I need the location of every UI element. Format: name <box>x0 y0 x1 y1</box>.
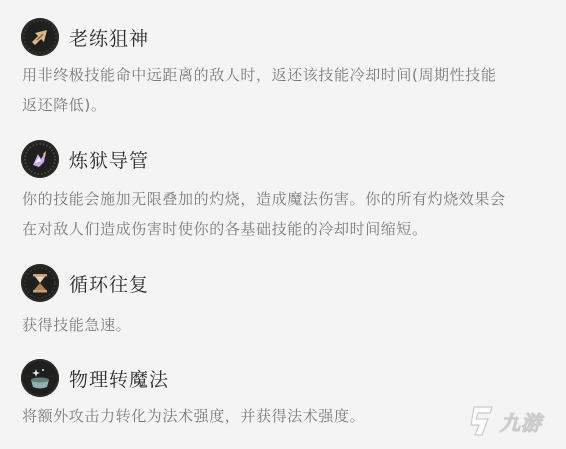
rune-header-3: 循环往复 <box>21 263 149 303</box>
arrow-sniper-icon <box>21 18 59 56</box>
rune-header-2: 炼狱导管 <box>21 139 149 179</box>
desc-line: 获得技能急速。 <box>22 310 552 340</box>
hellfire-conduit-icon <box>21 140 59 178</box>
watermark: 九游 <box>466 399 558 443</box>
rune-title: 物理转魔法 <box>69 365 169 392</box>
desc-line: 在对敌人们造成伤害时使你的各基础技能的冷却时间缩短。 <box>22 214 552 244</box>
rune-description: 获得技能急速。 <box>22 310 552 340</box>
9game-logo-icon <box>466 404 496 438</box>
desc-line: 用非终极技能命中远距离的敌人时，返还该技能冷却时间(周期性技能 <box>22 60 552 90</box>
hourglass-icon <box>21 264 59 302</box>
rune-title: 炼狱导管 <box>69 146 149 173</box>
desc-line: 返还降低)。 <box>22 90 552 120</box>
rune-title: 循环往复 <box>69 270 149 297</box>
watermark-text: 九游 <box>500 407 542 436</box>
rune-header-4: 物理转魔法 <box>21 358 169 398</box>
rune-header-1: 老练狙神 <box>21 17 149 57</box>
rune-title: 老练狙神 <box>69 24 149 51</box>
desc-line: 你的技能会施加无限叠加的灼烧，造成魔法伤害。你的所有灼烧效果会 <box>22 184 552 214</box>
rune-description: 用非终极技能命中远距离的敌人时，返还该技能冷却时间(周期性技能 返还降低)。 <box>22 60 552 120</box>
rune-description: 你的技能会施加无限叠加的灼烧，造成魔法伤害。你的所有灼烧效果会 在对敌人们造成伤… <box>22 184 552 244</box>
magic-pot-icon <box>21 359 59 397</box>
